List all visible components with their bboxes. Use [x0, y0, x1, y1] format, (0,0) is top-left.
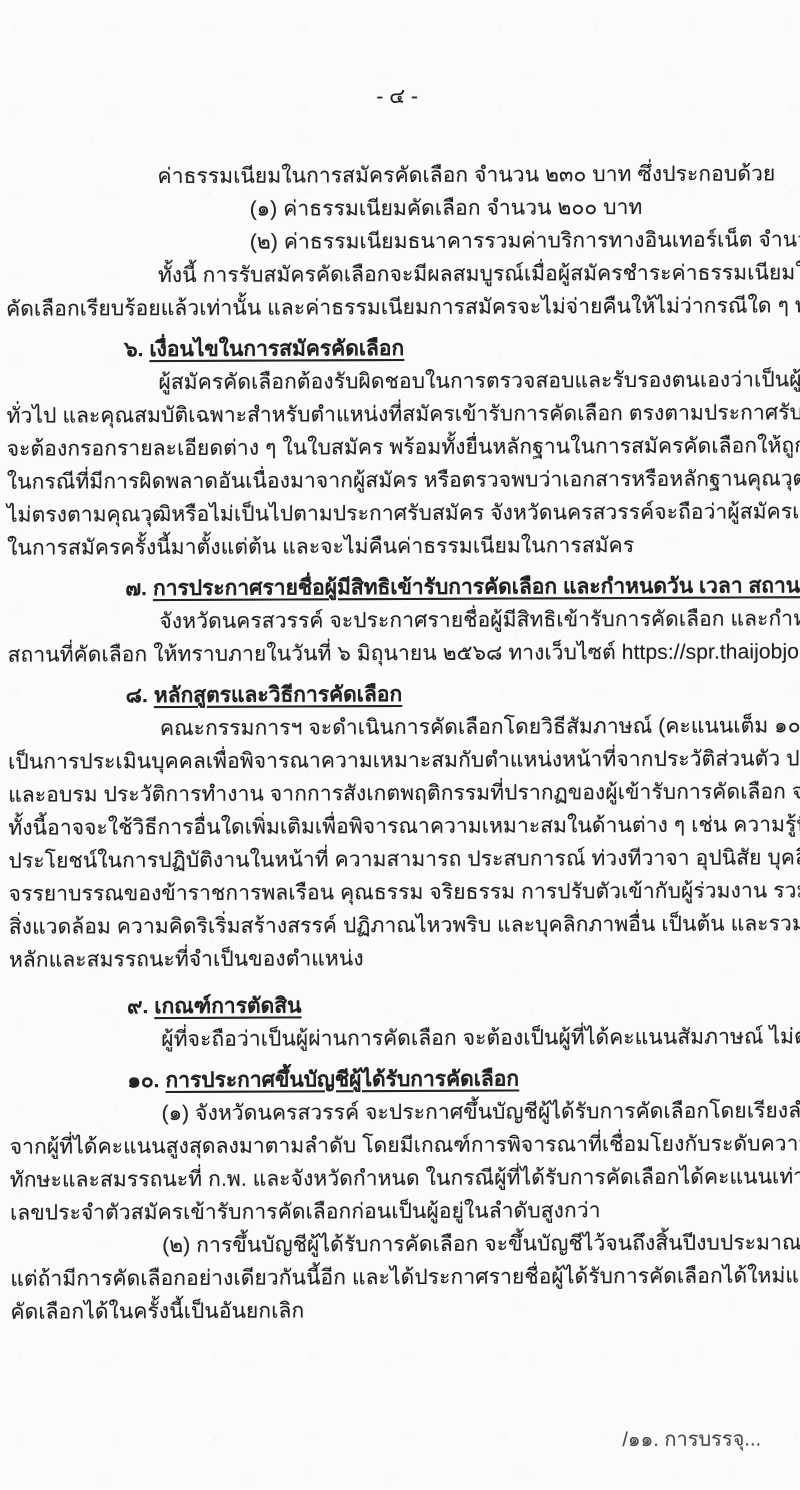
section-6-title: เงื่อนไขในการสมัครคัดเลือก	[149, 337, 404, 361]
section-10-sub1-line-1: (๑) จังหวัดนครสวรรค์ จะประกาศขึ้นบัญชีผู…	[10, 1094, 794, 1130]
page-continuation-note: /๑๑. การบรรจุ...	[622, 1422, 761, 1455]
page-number: - ๔ -	[5, 78, 789, 114]
section-10-sub2-line-2: แต่ถ้ามีการคัดเลือกอย่างเดียวกันนี้อีก แ…	[10, 1259, 794, 1295]
section-8-heading: ๘.หลักสูตรและวิธีการคัดเลือก	[8, 676, 792, 712]
fee-item-1: (๑) ค่าธรรมเนียมคัดเลือก จำนวน ๒๐๐ บาท	[6, 190, 790, 226]
fee-note-line-2: คัดเลือกเรียบร้อยแล้วเท่านั้น และค่าธรรม…	[6, 289, 790, 325]
fee-item-2: (๒) ค่าธรรมเนียมธนาคารรวมค่าบริการทางอิน…	[6, 223, 790, 259]
fee-summary-line: ค่าธรรมเนียมในการสมัครคัดเลือก จำนวน ๒๓๐…	[5, 157, 789, 193]
section-6-line-2: ทั่วไป และคุณสมบัติเฉพาะสำหรับตำแหน่งที่…	[6, 396, 790, 432]
section-10-sub1-line-3: ทักษะและสมรรถนะที่ ก.พ. และจังหวัดกำหนด …	[10, 1160, 794, 1196]
section-6-line-6: ในการสมัครครั้งนี้มาตั้งแต่ต้น และจะไม่ค…	[7, 528, 791, 564]
section-9-number: ๙.	[127, 995, 148, 1018]
section-8-line-2: เป็นการประเมินบุคคลเพื่อพิจารณาความเหมาะ…	[8, 742, 792, 778]
section-6-line-4: ในกรณีที่มีการผิดพลาดอันเนื่องมาจากผู้สม…	[7, 462, 791, 498]
scanned-document-page: - ๔ - ค่าธรรมเนียมในการสมัครคัดเลือก จำน…	[0, 0, 800, 1490]
section-9-heading: ๙.เกณฑ์การตัดสิน	[9, 987, 793, 1023]
section-10-sub2-line-1: (๒) การขึ้นบัญชีผู้ได้รับการคัดเลือก จะข…	[10, 1226, 794, 1262]
section-7-line-2: สถานที่คัดเลือก ให้ทราบภายในวันที่ ๖ มิถ…	[8, 635, 792, 671]
section-10-sub2-line-3: คัดเลือกได้ในครั้งนี้เป็นอันยกเลิก	[10, 1292, 794, 1328]
section-8-line-4: ทั้งนี้อาจจะใช้วิธีการอื่นใดเพิ่มเติมเพื…	[8, 808, 792, 844]
section-6-number: ๖.	[124, 338, 143, 361]
section-9-line-1: ผู้ที่จะถือว่าเป็นผู้ผ่านการคัดเลือก จะต…	[9, 1020, 793, 1056]
section-6-heading: ๖.เงื่อนไขในการสมัครคัดเลือก	[6, 330, 790, 366]
section-8-number: ๘.	[126, 684, 148, 707]
section-7-heading: ๗.การประกาศรายชื่อผู้มีสิทธิเข้ารับการคั…	[7, 569, 791, 605]
section-10-sub1-line-4: เลขประจำตัวสมัครเข้ารับการคัดเลือกก่อนเป…	[10, 1193, 794, 1229]
section-8-line-7: สิ่งแวดล้อม ความคิดริเริ่มสร้างสรรค์ ปฏิ…	[9, 907, 793, 943]
section-10-heading: ๑๐.การประกาศขึ้นบัญชีผู้ได้รับการคัดเลือ…	[9, 1061, 793, 1097]
section-10-sub1-line-2: จากผู้ที่ได้คะแนนสูงสุดลงมาตามลำดับ โดยม…	[10, 1127, 794, 1163]
section-8-title: หลักสูตรและวิธีการคัดเลือก	[154, 683, 402, 707]
section-8-line-3: และอบรม ประวัติการทำงาน จากการสังเกตพฤติ…	[8, 775, 792, 811]
fee-note-line-1: ทั้งนี้ การรับสมัครคัดเลือกจะมีผลสมบูรณ์…	[6, 256, 790, 292]
section-7-line-1: จังหวัดนครสวรรค์ จะประกาศรายชื่อผู้มีสิท…	[7, 602, 791, 638]
section-8-line-6: จรรยาบรรณของข้าราชการพลเรือน คุณธรรม จริ…	[9, 874, 793, 910]
section-10-number: ๑๐.	[127, 1069, 159, 1092]
section-6-line-1: ผู้สมัครคัดเลือกต้องรับผิดชอบในการตรวจสอ…	[6, 363, 790, 399]
section-9-title: เกณฑ์การตัดสิน	[154, 994, 301, 1018]
section-8-line-5: ประโยชน์ในการปฏิบัติงานในหน้าที่ ความสาม…	[8, 841, 792, 877]
section-6-line-5: ไม่ตรงตามคุณวุฒิหรือไม่เป็นไปตามประกาศรั…	[7, 495, 791, 531]
section-7-title: การประกาศรายชื่อผู้มีสิทธิเข้ารับการคัดเ…	[153, 574, 800, 600]
section-8-line-8: หลักและสมรรถนะที่จำเป็นของตำแหน่ง	[9, 940, 793, 976]
section-7-number: ๗.	[125, 577, 147, 600]
section-8-line-1: คณะกรรมการฯ จะดำเนินการคัดเลือกโดยวิธีสั…	[8, 709, 792, 745]
section-10-title: การประกาศขึ้นบัญชีผู้ได้รับการคัดเลือก	[165, 1067, 519, 1092]
section-6-line-3: จะต้องกรอกรายละเอียดต่าง ๆ ในใบสมัคร พร้…	[7, 429, 791, 465]
